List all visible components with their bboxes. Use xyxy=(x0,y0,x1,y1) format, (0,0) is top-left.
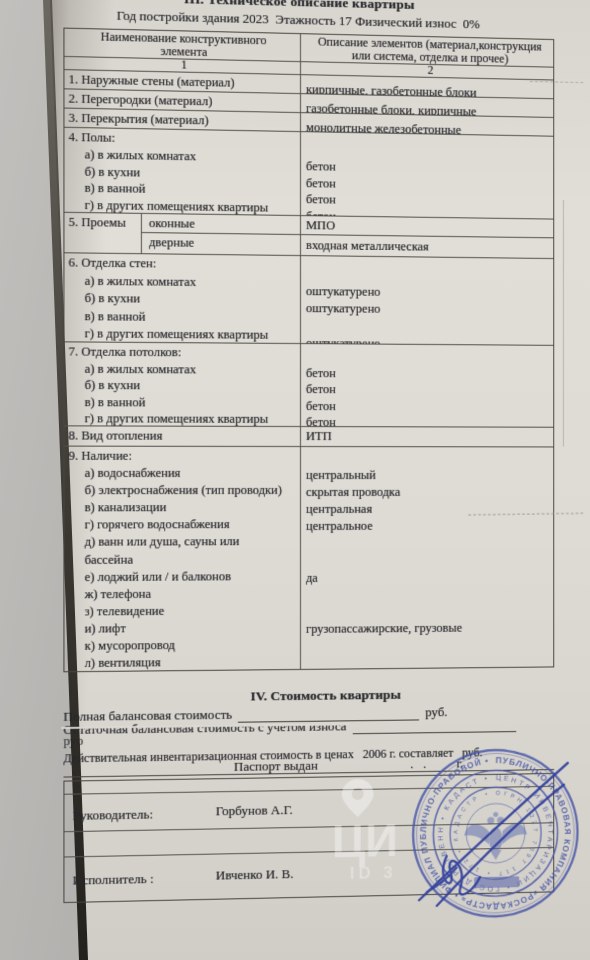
page-edge-artifact-line xyxy=(563,200,564,446)
row5-doors-value: входная металлическая xyxy=(306,238,553,256)
scanned-document-photo: III. Техническое описание квартиры Год п… xyxy=(0,0,590,960)
round-stamp: ПУБЛИЧНО-ПРАВОВАЯ КОМПАНИЯ «РОСКАДАСТР» … xyxy=(404,740,586,927)
table-row-5-openings: 5. Проемы оконные МПО дверные входная ме… xyxy=(64,213,553,259)
row4-labels: 4. Полы: а) в жилых комнатах б) в кухни … xyxy=(64,128,301,215)
document-content: III. Техническое описание квартиры Год п… xyxy=(0,0,585,960)
section-4-title: IV. Стоимость квартиры xyxy=(63,685,554,707)
row8-label: 8. Вид отопления xyxy=(64,426,301,446)
row8-value: ИТП xyxy=(306,429,553,444)
residual-cost-blank xyxy=(352,718,515,734)
table-row-8-heating: 8. Вид отопления ИТП xyxy=(64,426,553,447)
watermark-brand-letters: ЦИ xyxy=(332,814,398,867)
residual-unit-clipped: руб xyxy=(63,739,83,748)
head-name: Горбунов А.Г. xyxy=(216,802,293,819)
head-label: Руководитель: xyxy=(73,806,154,824)
stamp-graphic: ПУБЛИЧНО-ПРАВОВАЯ КОМПАНИЯ «РОСКАДАСТР» … xyxy=(413,749,577,918)
row5-windows-label: оконные xyxy=(142,214,301,234)
technical-description-table: Наименование конструктивного элемента Оп… xyxy=(63,28,554,673)
row6-values: оштукатурено оштукатурено оштукатурено xyxy=(306,265,553,345)
residual-cost-label: Остаточная балансовая стоимость с учетом… xyxy=(63,718,346,738)
row9-values: центральный скрытая проводка центральная… xyxy=(306,450,553,669)
row7-values: бетон бетон бетон бетон xyxy=(306,348,553,427)
executor-label: Исполнитель : xyxy=(73,871,154,889)
row5-doors-label: дверные xyxy=(142,233,301,255)
row5-windows-value: МПО xyxy=(306,218,553,236)
row9-labels: 9. Наличие: а) водоснабжения б) электрос… xyxy=(64,447,301,672)
header-col2: Описание элементов (материал,конструкция… xyxy=(301,34,553,67)
stamp-bottom-bar xyxy=(474,876,519,888)
table-row-4-floors: 4. Полы: а) в жилых комнатах б) в кухни … xyxy=(64,128,553,220)
row7-labels: 7. Отделка потолков: а) в жилых комнатах… xyxy=(64,342,301,426)
executor-name: Ивченко И. В. xyxy=(216,866,294,884)
table-row-9-availability: 9. Наличие: а) водоснабжения б) электрос… xyxy=(64,447,553,672)
table-row-6-wall-finish: 6. Отделка стен: а) в жилых комнатах б) … xyxy=(64,253,553,346)
row6-labels: 6. Отделка стен: а) в жилых комнатах б) … xyxy=(64,253,301,343)
passport-issued-label: Паспорт выдан xyxy=(234,758,318,775)
header-col1: Наименование конструктивного элемента xyxy=(64,29,301,62)
row5-label: 5. Проемы xyxy=(64,213,141,253)
row4-values: бетон бетон бетон бетон xyxy=(306,141,553,219)
map-pin-icon xyxy=(342,779,374,817)
watermark-id-text: ID 3 xyxy=(350,863,397,883)
table-row-7-ceiling-finish: 7. Отделка потолков: а) в жилых комнатах… xyxy=(64,342,553,427)
